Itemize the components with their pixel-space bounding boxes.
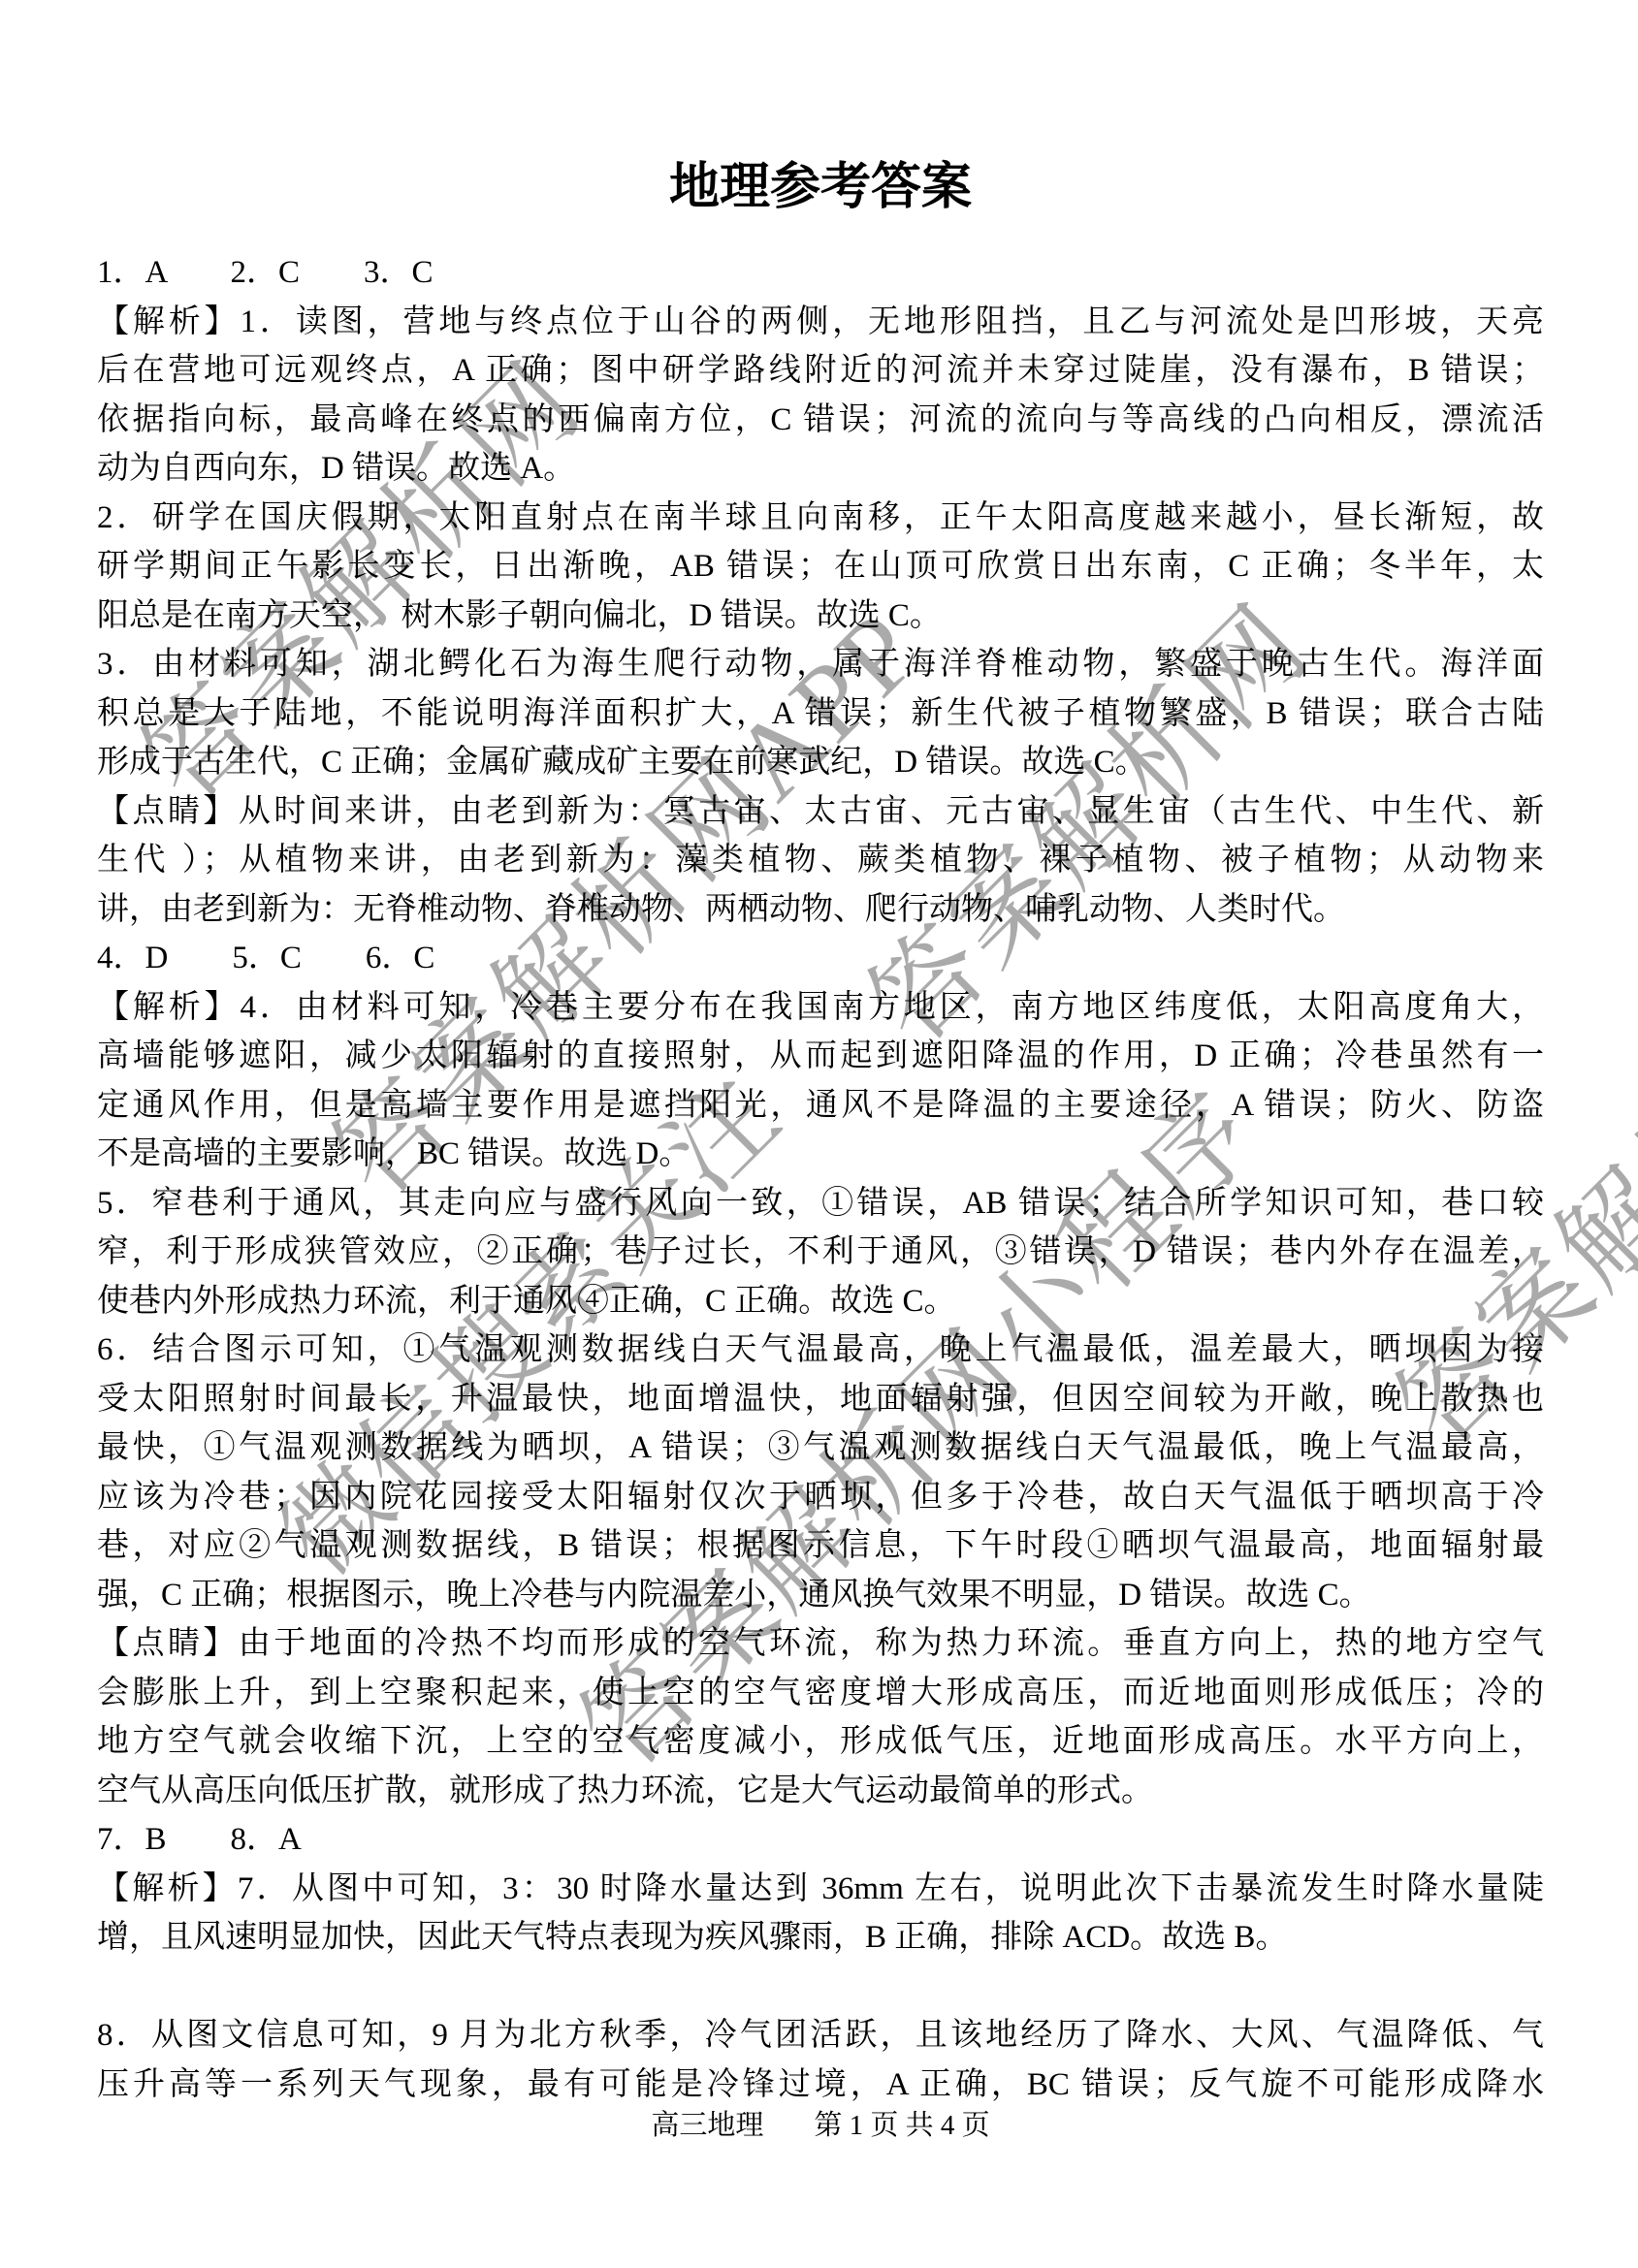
text-line: 空气从高压向低压扩散，就形成了热力环流，它是大气运动最简单的形式。 xyxy=(97,1767,1544,1816)
text-line: 2．研学在国庆假期，太阳直射点在南半球且向南移，正午太阳高度越来越小，昼长渐短，… xyxy=(97,494,1544,543)
text-line: 【解析】7．从图中可知，3：30 时降水量达到 36mm 左右，说明此次下击暴流… xyxy=(97,1865,1544,1914)
text-line: 8．从图文信息可知，9 月为北方秋季，冷气团活跃，且该地经历了降水、大风、气温降… xyxy=(97,2011,1544,2060)
text-line: 定通风作用，但是高墙主要作用是遮挡阳光，通风不是降温的主要途径，A 错误；防火、… xyxy=(97,1081,1544,1131)
text-line: 【点睛】从时间来讲，由老到新为：冥古宙、太古宙、元古宙、显生宙（古生代、中生代、… xyxy=(97,787,1544,837)
footer-page-number: 第 1 页 共 4 页 xyxy=(814,2106,989,2145)
footer-course-label: 高三地理 xyxy=(651,2106,763,2145)
text-line: 后在营地可远观终点，A 正确；图中研学路线附近的河流并未穿过陡崖，没有瀑布，B … xyxy=(97,346,1544,396)
text-line: 使巷内外形成热力环流，利于通风④正确，C 正确。故选 C。 xyxy=(97,1277,1544,1326)
text-line: 压升高等一系列天气现象，最有可能是冷锋过境，A 正确，BC 错误；反气旋不可能形… xyxy=(97,2060,1544,2110)
text-line: 窄，利于形成狭管效应，②正确；巷子过长，不利于通风，③错误，D 错误；巷内外存在… xyxy=(97,1228,1544,1277)
text-line: 【点睛】由于地面的冷热不均而形成的空气环流，称为热力环流。垂直方向上，热的地方空… xyxy=(97,1619,1544,1669)
text-line xyxy=(97,1963,1544,2012)
text-line: 最快，①气温观测数据线为晒坝，A 错误；③气温观测数据线白天气温最低，晚上气温最… xyxy=(97,1423,1544,1473)
text-line: 5．窄巷利于通风，其走向应与盛行风向一致，①错误，AB 错误；结合所学知识可知，… xyxy=(97,1179,1544,1229)
text-line: 【解析】1．读图，营地与终点位于山谷的两侧，无地形阻挡，且乙与河流处是凹形坡，天… xyxy=(97,298,1544,347)
text-line: 生代 ）；从植物来讲，由老到新为：藻类植物、蕨类植物、裸子植物、被子植物；从动物… xyxy=(97,836,1544,885)
text-line: 讲，由老到新为：无脊椎动物、脊椎动物、两栖动物、爬行动物、哺乳动物、人类时代。 xyxy=(97,885,1544,935)
text-line: 不是高墙的主要影响，BC 错误。故选 D。 xyxy=(97,1130,1544,1179)
text-line: 【解析】4．由材料可知，冷巷主要分布在我国南方地区，南方地区纬度低，太阳高度角大… xyxy=(97,983,1544,1033)
text-line: 7．B 8．A xyxy=(97,1815,1544,1865)
text-line: 动为自西向东，D 错误。故选 A。 xyxy=(97,444,1544,494)
text-line: 4．D 5．C 6．C xyxy=(97,934,1544,983)
text-line: 阳总是在南方天空， 树木影子朝向偏北，D 错误。故选 C。 xyxy=(97,591,1544,641)
text-line: 高墙能够遮阳，减少太阳辐射的直接照射，从而起到遮阳降温的作用，D 正确；冷巷虽然… xyxy=(97,1032,1544,1081)
text-line: 受太阳照射时间最长，升温最快，地面增温快，地面辐射强，但因空间较为开敞，晚上散热… xyxy=(97,1375,1544,1424)
text-line: 积总是大于陆地，不能说明海洋面积扩大，A 错误；新生代被子植物繁盛，B 错误；联… xyxy=(97,689,1544,739)
text-line: 1．A 2．C 3．C xyxy=(97,248,1544,298)
text-line: 依据指向标，最高峰在终点的西偏南方位，C 错误；河流的流向与等高线的凸向相反，漂… xyxy=(97,396,1544,445)
text-line: 应该为冷巷；因内院花园接受太阳辐射仅次于晒坝，但多于冷巷，故白天气温低于晒坝高于… xyxy=(97,1473,1544,1522)
text-line: 研学期间正午影长变长，日出渐晚，AB 错误；在山顶可欣赏日出东南，C 正确；冬半… xyxy=(97,542,1544,591)
text-line: 6．结合图示可知，①气温观测数据线白天气温最高，晚上气温最低，温差最大，晒坝因为… xyxy=(97,1326,1544,1375)
text-line: 地方空气就会收缩下沉，上空的空气密度减小，形成低气压，近地面形成高压。水平方向上… xyxy=(97,1717,1544,1767)
page-footer: 高三地理 第 1 页 共 4 页 xyxy=(97,2106,1544,2145)
answer-text-body: 1．A 2．C 3．C【解析】1．读图，营地与终点位于山谷的两侧，无地形阻挡，且… xyxy=(97,248,1544,2109)
text-line: 形成于古生代，C 正确；金属矿藏成矿主要在前寒武纪，D 错误。故选 C。 xyxy=(97,738,1544,787)
text-line: 强，C 正确；根据图示，晚上冷巷与内院温差小，通风换气效果不明显，D 错误。故选… xyxy=(97,1571,1544,1620)
page-title: 地理参考答案 xyxy=(97,157,1544,217)
answer-sheet-page: 答案解析网答案解析网APP答案解析网微信搜索关注答案解析网小程序答案解析网 地理… xyxy=(0,0,1638,2268)
text-line: 增，且风速明显加快，因此天气特点表现为疾风骤雨，B 正确，排除 ACD。故选 B… xyxy=(97,1913,1544,1963)
text-line: 3．由材料可知，湖北鳄化石为海生爬行动物，属于海洋脊椎动物，繁盛于晚古生代。海洋… xyxy=(97,640,1544,689)
text-line: 会膨胀上升，到上空聚积起来，使上空的空气密度增大形成高压，而近地面则形成低压；冷… xyxy=(97,1669,1544,1718)
text-line: 巷，对应②气温观测数据线，B 错误；根据图示信息，下午时段①晒坝气温最高，地面辐… xyxy=(97,1521,1544,1571)
